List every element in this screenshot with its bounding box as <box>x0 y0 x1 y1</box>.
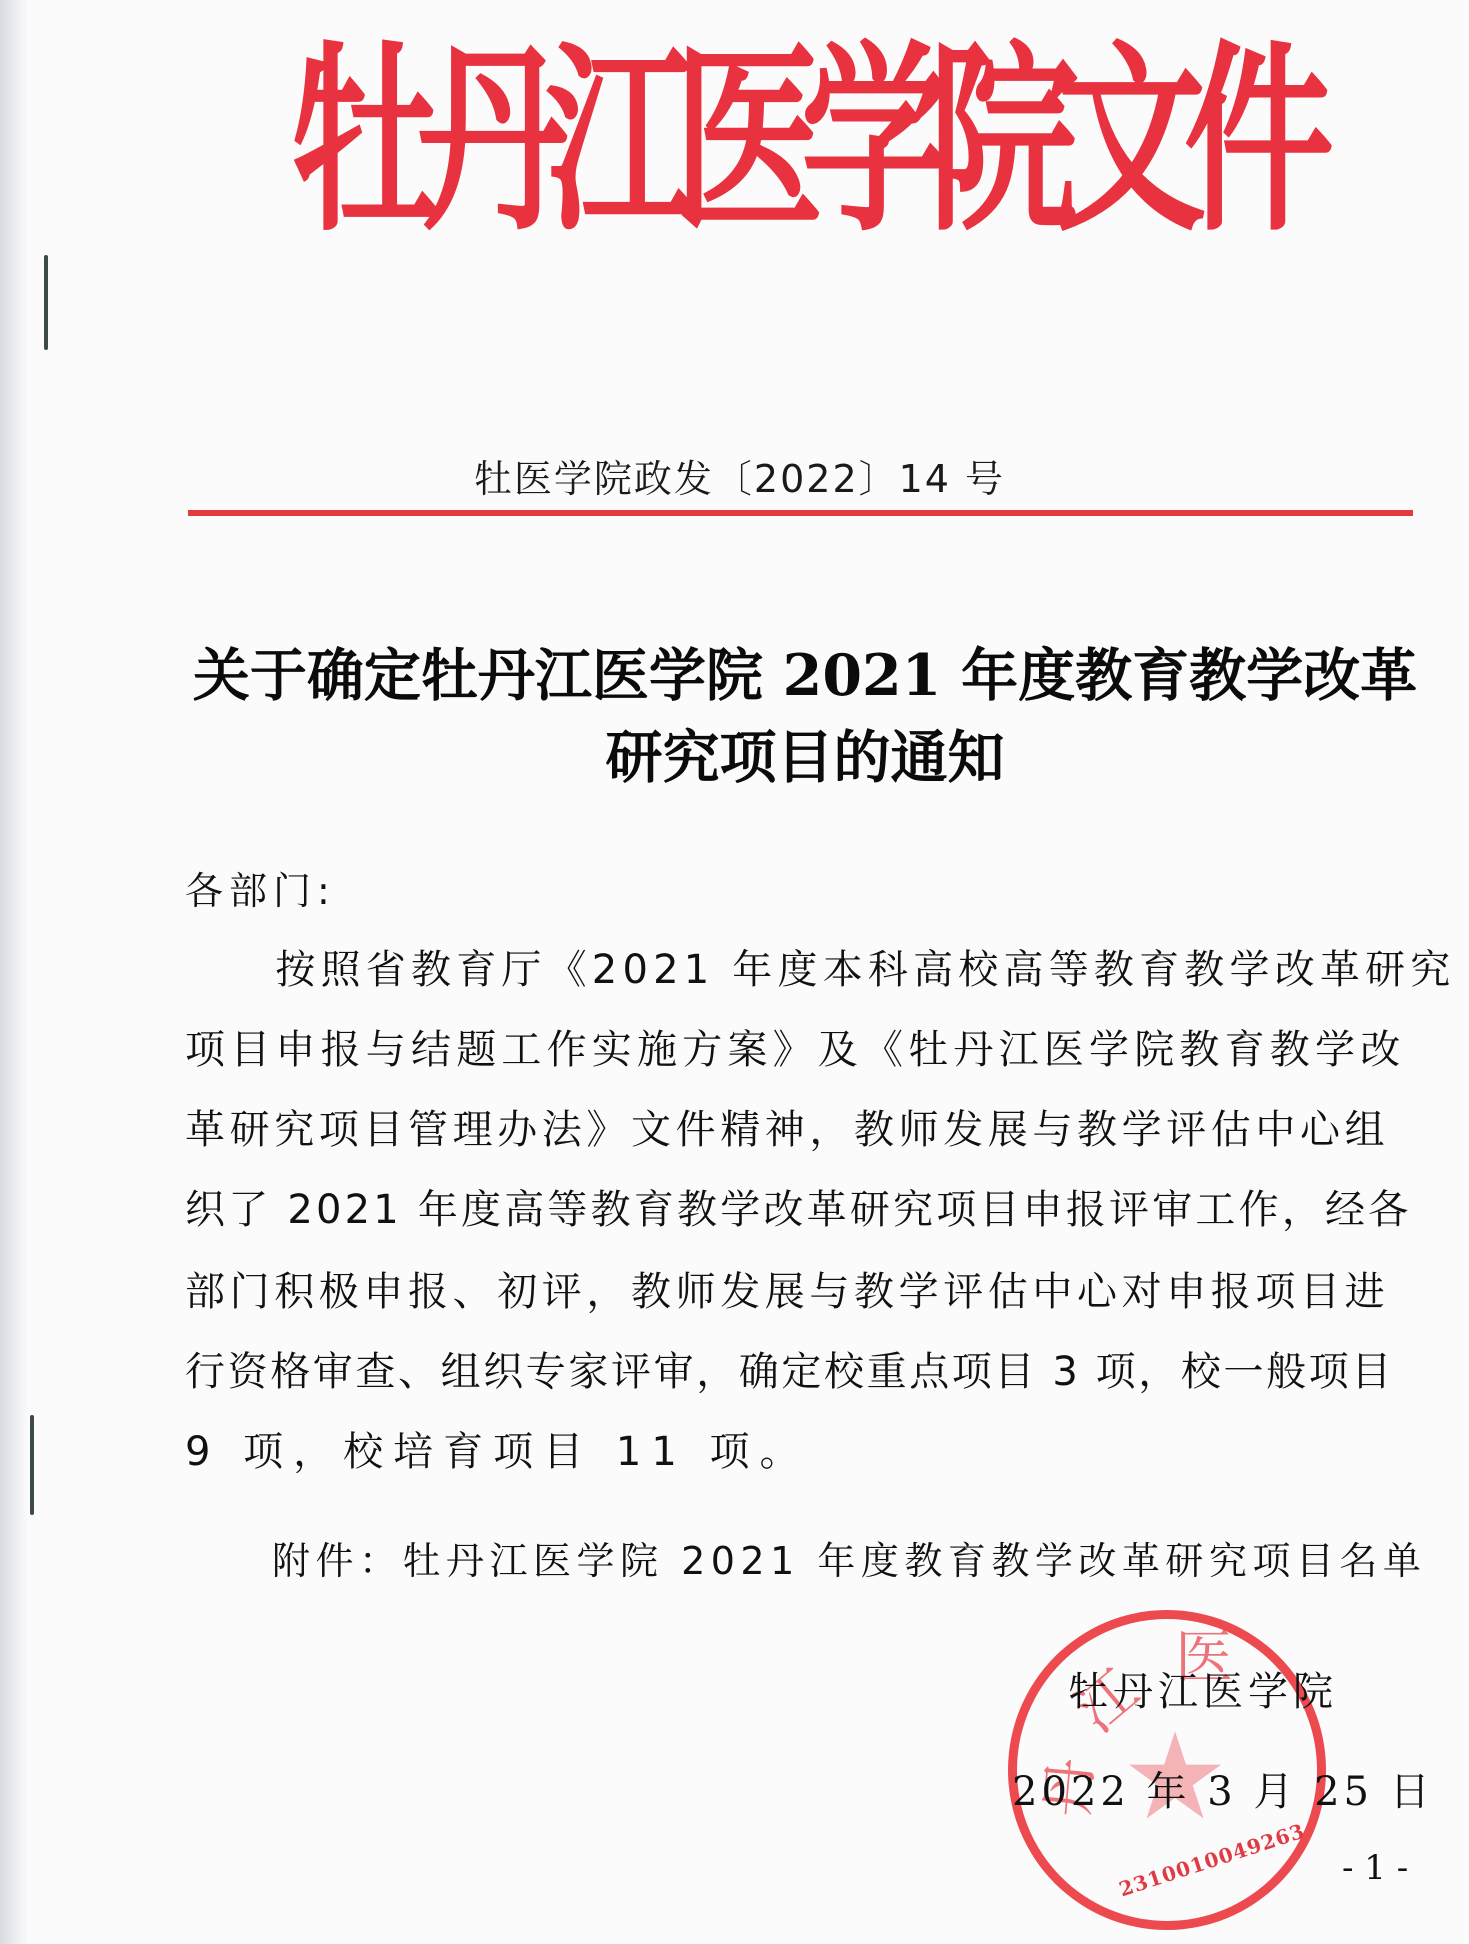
header-char: 医 <box>673 0 799 268</box>
header-char: 江 <box>545 0 671 268</box>
header-char: 牡 <box>290 0 416 268</box>
body-line: 织了 2021 年度高等教育教学改革研究项目申报评审工作，经各 <box>185 1178 1430 1235</box>
body-line: 行资格审查、组织专家评审，确定校重点项目 3 项，校一般项目 <box>185 1340 1430 1397</box>
page-number: - 1 - <box>1342 1848 1408 1888</box>
header-char: 件 <box>1184 0 1310 268</box>
header-char: 文 <box>1056 0 1182 268</box>
header-char: 院 <box>929 0 1055 268</box>
body-text: 革研究项目管理办法》文件精神，教师发展与教学评估中心组 <box>185 1098 1389 1155</box>
body-text: 行资格审查、组织专家评审，确定校重点项目 3 项，校一般项目 <box>185 1340 1394 1397</box>
red-header-title: 牡 丹 江 医 学 院 文 件 <box>290 0 1310 261</box>
body-text: 织了 2021 年度高等教育教学改革研究项目申报评审工作，经各 <box>185 1178 1411 1235</box>
body-line: 部门积极申报、初评，教师发展与教学评估中心对申报项目进 <box>185 1260 1430 1317</box>
salutation: 各部门: <box>185 860 336 915</box>
body-line: 项目申报与结题工作实施方案》及《牡丹江医学院教育教学改 <box>185 1018 1430 1075</box>
body-text: 按照省教育厅《2021 年度本科高校高等教育教学改革研究 <box>185 938 1456 995</box>
body-text: 项目申报与结题工作实施方案》及《牡丹江医学院教育教学改 <box>185 1018 1405 1075</box>
notice-title-line-2: 研究项目的通知 <box>185 712 1425 794</box>
body-text: 部门积极申报、初评，教师发展与教学评估中心对申报项目进 <box>185 1260 1389 1317</box>
red-divider-rule <box>188 510 1413 516</box>
page-edge-shadow <box>0 0 28 1944</box>
issue-date: 2022 年 3 月 25 日 <box>1012 1760 1434 1817</box>
header-char: 丹 <box>418 0 544 268</box>
body-line: 9 项，校培育项目 11 项。 <box>185 1420 1430 1477</box>
staple-top <box>44 255 48 350</box>
staple-bottom <box>30 1415 34 1515</box>
signature-institution: 牡丹江医学院 <box>1068 1660 1338 1717</box>
document-number: 牡医学院政发〔2022〕14 号 <box>0 448 1469 503</box>
attachment-line: 附件：牡丹江医学院 2021 年度教育教学改革研究项目名单 <box>272 1530 1426 1585</box>
body-text: 9 项，校培育项目 11 项。 <box>185 1420 810 1477</box>
body-line: 革研究项目管理办法》文件精神，教师发展与教学评估中心组 <box>185 1098 1430 1155</box>
notice-title-line-1: 关于确定牡丹江医学院 2021 年度教育教学改革 <box>185 630 1425 712</box>
body-line: 按照省教育厅《2021 年度本科高校高等教育教学改革研究 <box>185 938 1430 995</box>
header-char: 学 <box>801 0 927 268</box>
